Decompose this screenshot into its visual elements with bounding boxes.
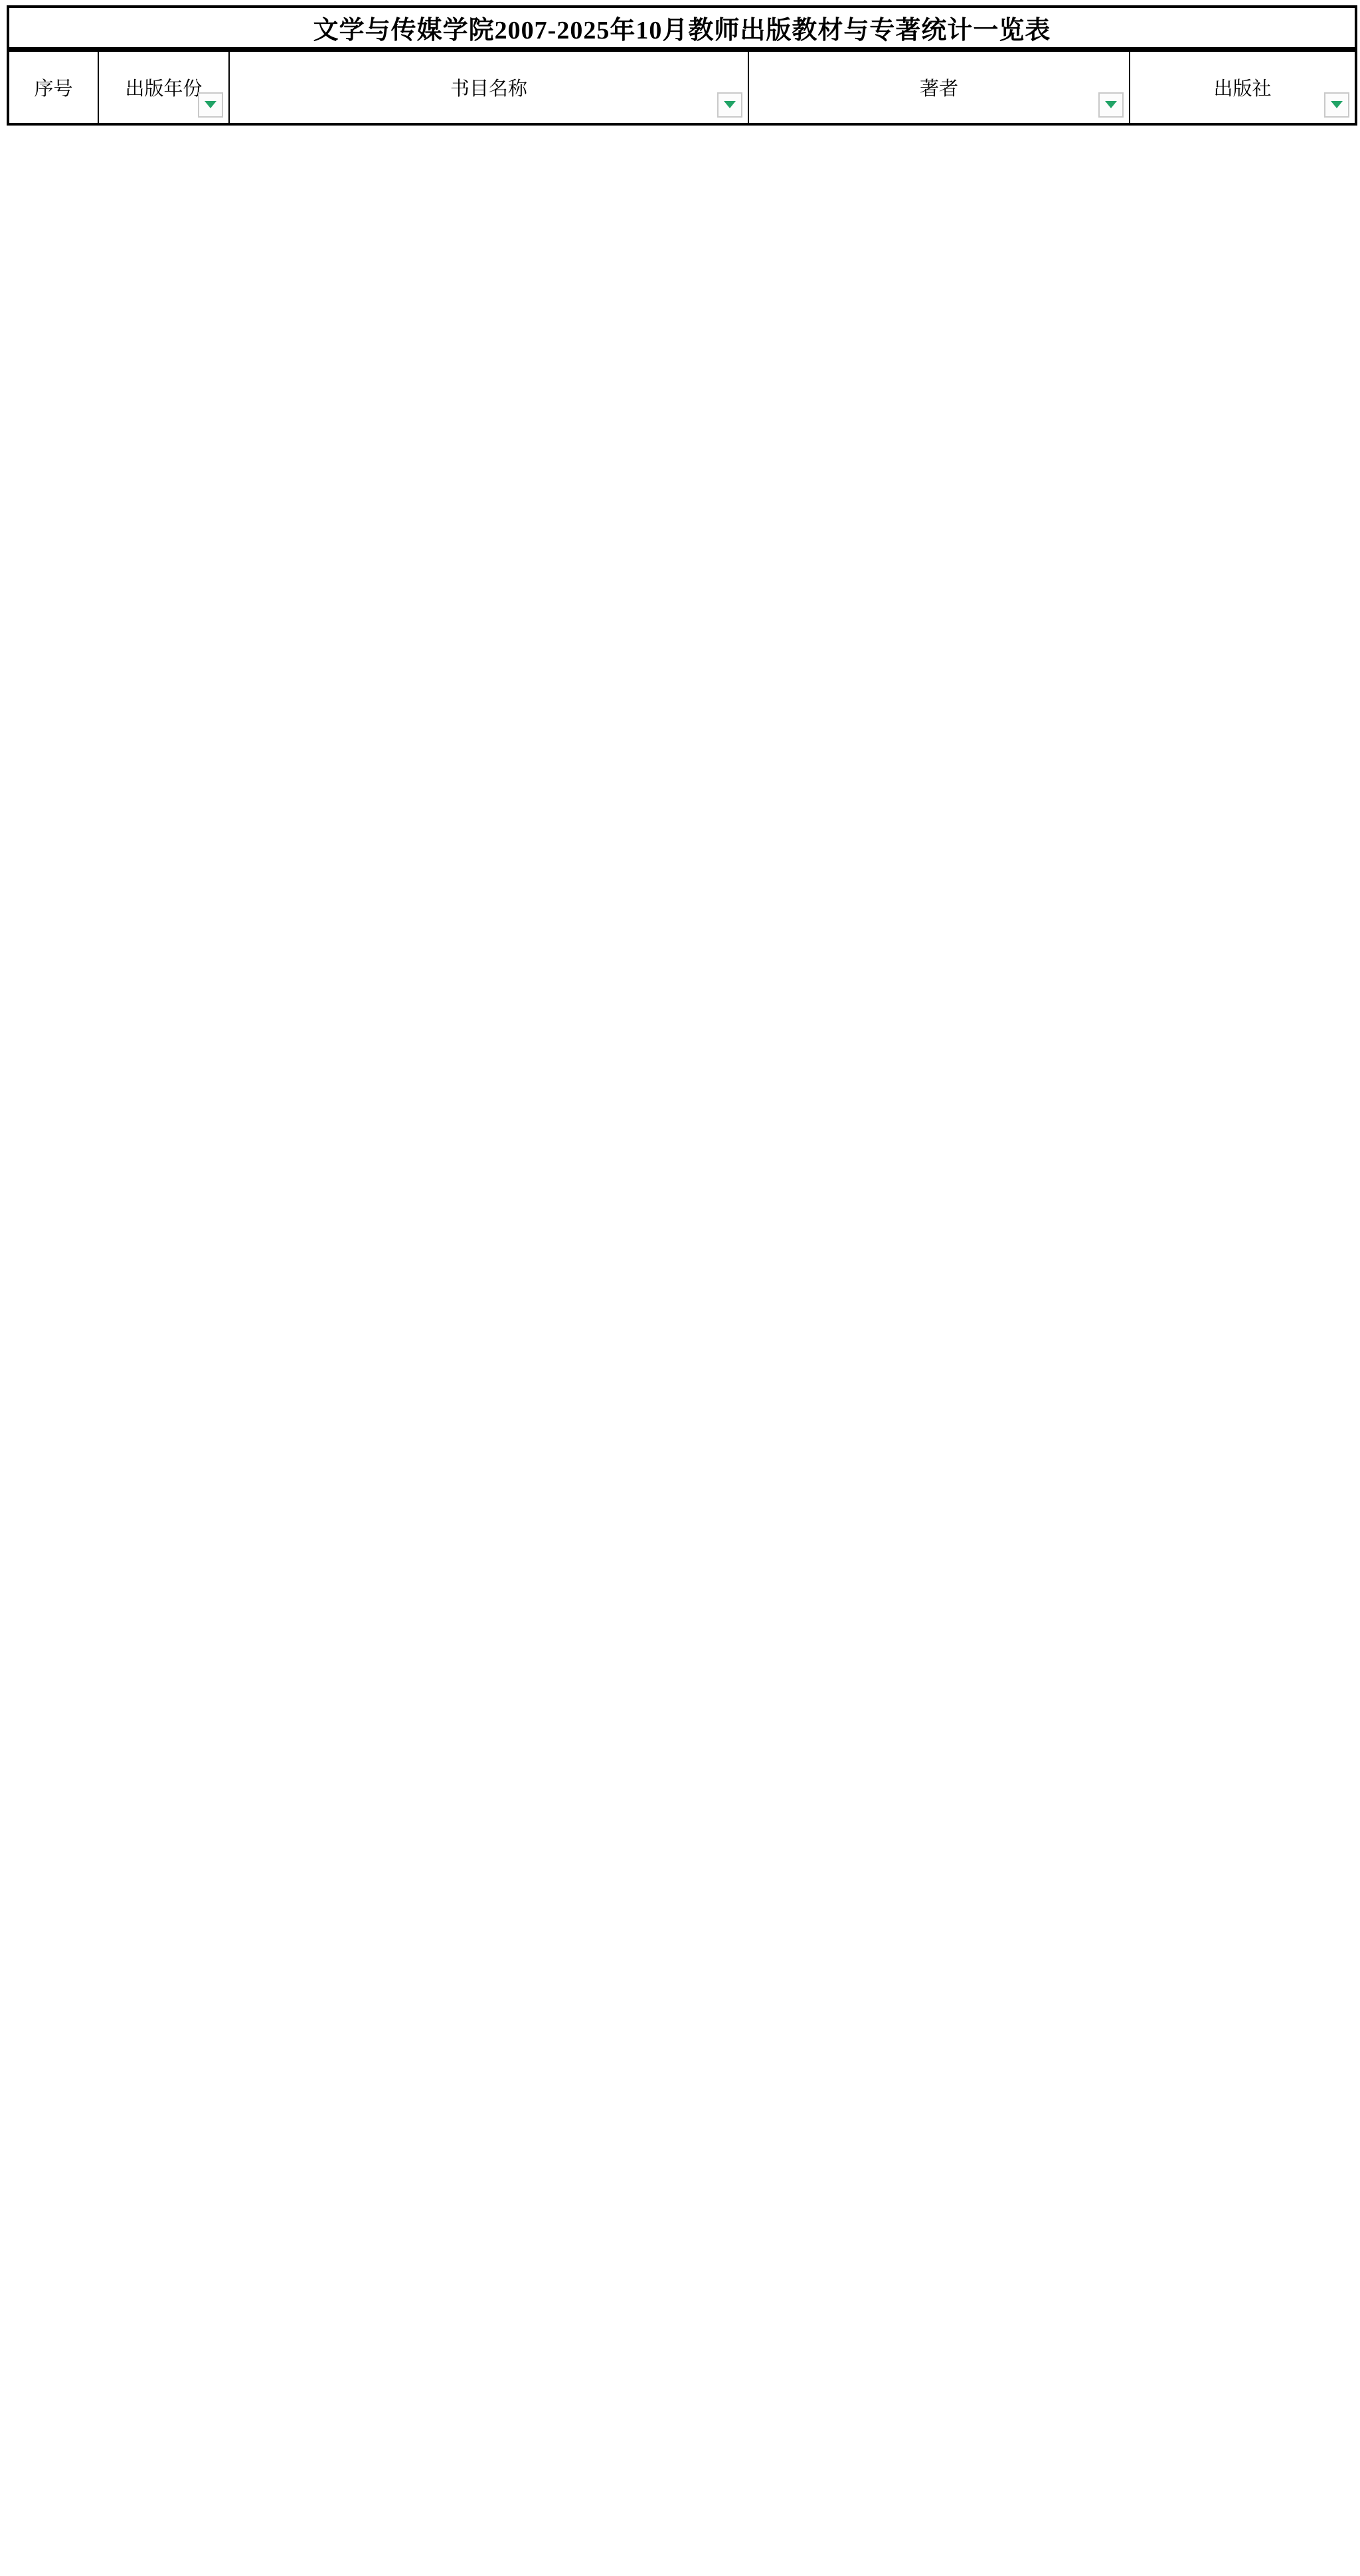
filter-arrow-icon (1331, 101, 1343, 108)
filter-button-publisher[interactable] (1324, 92, 1349, 118)
filter-button-year[interactable] (198, 92, 223, 118)
filter-arrow-icon (1105, 101, 1117, 108)
filter-button-author[interactable] (1098, 92, 1124, 118)
publications-table: 文学与传媒学院2007-2025年10月教师出版教材与专著统计一览表 序号 出版… (7, 5, 1357, 126)
header-book: 书目名称 (229, 50, 748, 124)
header-year-label: 出版年份 (125, 78, 202, 100)
header-author: 著者 (748, 50, 1130, 124)
page-title: 文学与传媒学院2007-2025年10月教师出版教材与专著统计一览表 (8, 7, 1356, 50)
filter-button-book[interactable] (717, 92, 742, 118)
filter-arrow-icon (724, 101, 736, 108)
header-no-label: 序号 (34, 78, 72, 100)
header-book-label: 书目名称 (450, 78, 527, 100)
filter-arrow-icon (205, 101, 216, 108)
header-no: 序号 (8, 50, 98, 124)
header-publisher: 出版社 (1130, 50, 1356, 124)
table-header-row: 序号 出版年份 书目名称 著者 出版社 (8, 50, 1356, 124)
header-publisher-label: 出版社 (1214, 78, 1272, 100)
header-year: 出版年份 (98, 50, 229, 124)
header-author-label: 著者 (920, 78, 958, 100)
table-title-row: 文学与传媒学院2007-2025年10月教师出版教材与专著统计一览表 (8, 7, 1356, 50)
spreadsheet-area: 文学与传媒学院2007-2025年10月教师出版教材与专著统计一览表 序号 出版… (0, 0, 1360, 126)
